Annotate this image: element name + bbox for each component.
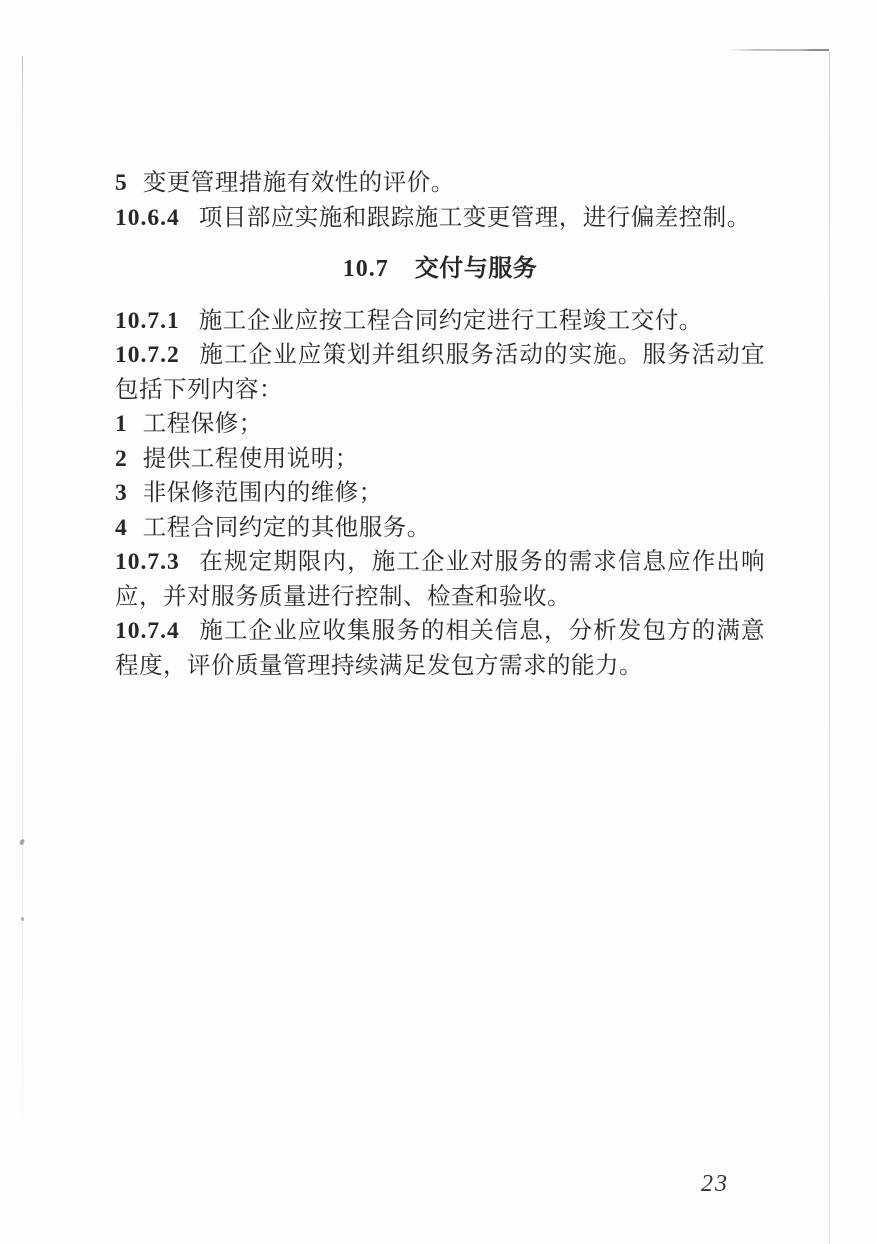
scan-speck	[21, 917, 24, 921]
list-item-5: 5变更管理措施有效性的评价。	[115, 166, 765, 201]
document-content: 5变更管理措施有效性的评价。 10.6.4项目部应实施和跟踪施工变更管理，进行偏…	[115, 166, 765, 683]
list-item-1: 1工程保修；	[115, 407, 765, 442]
clause-number: 10.7.2	[115, 342, 180, 368]
clause-10-7-1: 10.7.1施工企业应按工程合同约定进行工程竣工交付。	[115, 304, 765, 339]
section-number: 10.7	[343, 256, 389, 282]
clause-10-7-3: 10.7.3在规定期限内，施工企业对服务的需求信息应作出响应，并对服务质量进行控…	[115, 545, 765, 614]
clause-text: 施工企业应按工程合同约定进行工程竣工交付。	[199, 308, 703, 334]
document-page: 5变更管理措施有效性的评价。 10.6.4项目部应实施和跟踪施工变更管理，进行偏…	[0, 0, 877, 1244]
scan-left-edge-line	[22, 56, 23, 1161]
clause-number: 10.7.1	[115, 308, 180, 334]
clause-text: 施工企业应策划并组织服务活动的实施。服务活动宜包括下列内容：	[115, 342, 765, 403]
scan-top-right-edge-line	[727, 49, 829, 51]
clause-number: 10.7.3	[115, 549, 180, 575]
list-item-text: 提供工程使用说明；	[143, 446, 359, 472]
clause-10-7-4: 10.7.4施工企业应收集服务的相关信息，分析发包方的满意程度，评价质量管理持续…	[115, 614, 765, 683]
list-item-number: 1	[115, 411, 128, 437]
clause-text: 施工企业应收集服务的相关信息，分析发包方的满意程度，评价质量管理持续满足发包方需…	[115, 618, 765, 679]
clause-number: 10.7.4	[115, 618, 180, 644]
list-item-number: 5	[115, 170, 128, 196]
list-item-3: 3非保修范围内的维修；	[115, 476, 765, 511]
list-item-4: 4工程合同约定的其他服务。	[115, 511, 765, 546]
scan-right-edge-line	[829, 52, 830, 1244]
section-title: 交付与服务	[415, 255, 538, 282]
scan-speck	[19, 838, 25, 845]
section-heading-10-7: 10.7交付与服务	[115, 252, 765, 287]
page-number: 23	[701, 1171, 729, 1198]
clause-10-6-4: 10.6.4项目部应实施和跟踪施工变更管理，进行偏差控制。	[115, 201, 765, 236]
clause-text: 项目部应实施和跟踪施工变更管理，进行偏差控制。	[199, 205, 751, 231]
list-item-2: 2提供工程使用说明；	[115, 442, 765, 477]
list-item-number: 3	[115, 480, 128, 506]
list-item-number: 2	[115, 446, 128, 472]
list-item-text: 工程保修；	[143, 411, 263, 437]
list-item-text: 工程合同约定的其他服务。	[143, 515, 431, 541]
list-item-text: 变更管理措施有效性的评价。	[143, 170, 455, 196]
list-item-text: 非保修范围内的维修；	[143, 480, 383, 506]
clause-10-7-2: 10.7.2施工企业应策划并组织服务活动的实施。服务活动宜包括下列内容：	[115, 338, 765, 407]
list-item-number: 4	[115, 515, 128, 541]
clause-text: 在规定期限内，施工企业对服务的需求信息应作出响应，并对服务质量进行控制、检查和验…	[115, 549, 765, 610]
clause-number: 10.6.4	[115, 205, 180, 231]
